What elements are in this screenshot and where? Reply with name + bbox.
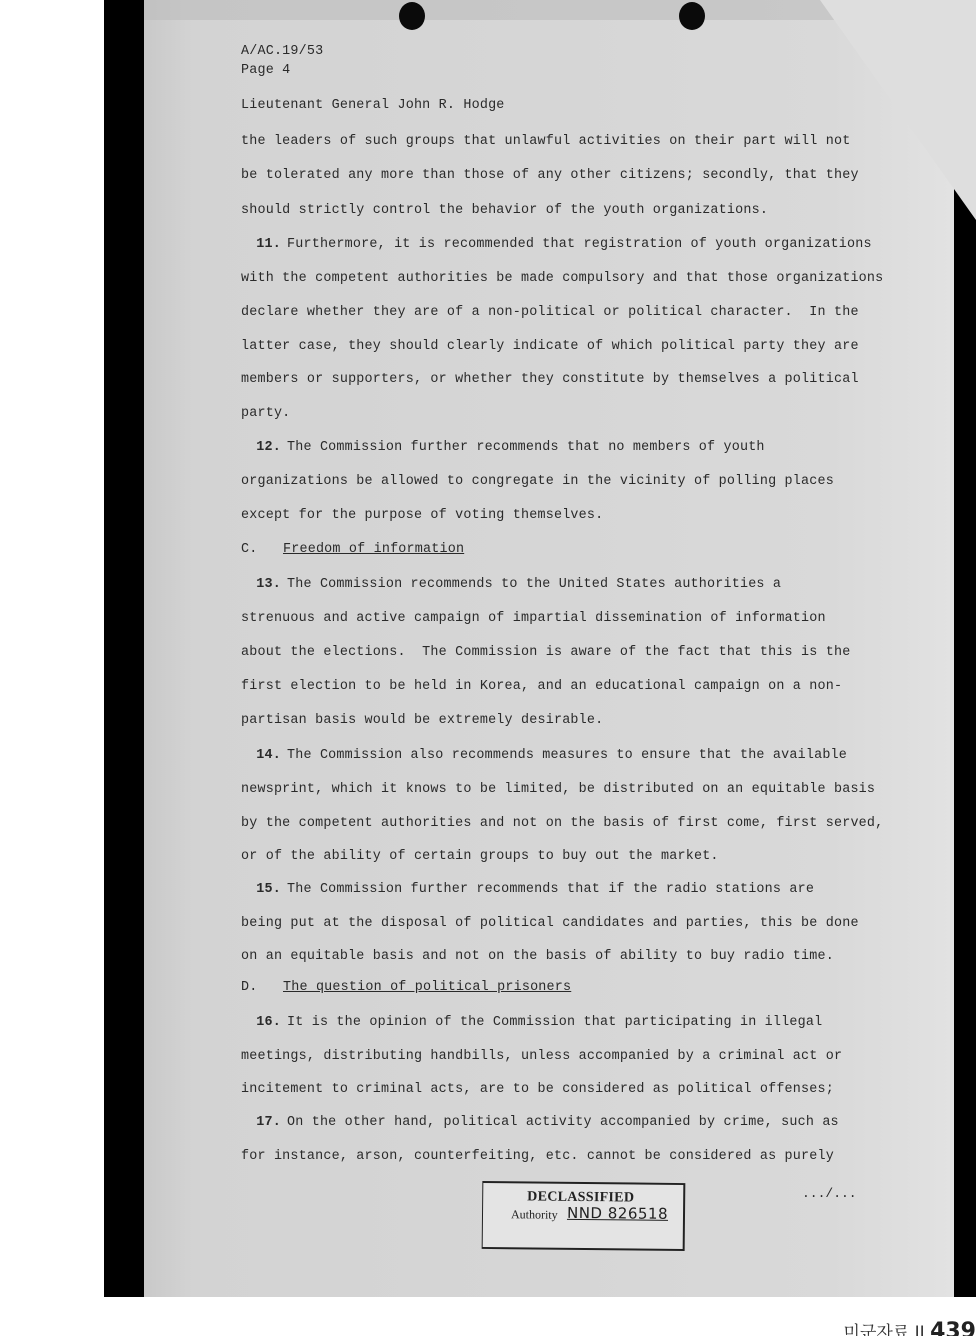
paragraph-first-line: 11.Furthermore, it is recommended that r… xyxy=(241,237,872,252)
line-text: the leaders of such groups that unlawful… xyxy=(241,134,850,149)
text-line: newsprint, which it knows to be limited,… xyxy=(241,782,875,797)
text-line: partisan basis would be extremely desira… xyxy=(241,713,603,728)
continuation-mark: .../... xyxy=(802,1186,857,1201)
paragraph-number: 14. xyxy=(241,748,281,763)
line-text: The Commission also recommends measures … xyxy=(287,748,847,763)
text-line: the leaders of such groups that unlawful… xyxy=(241,134,850,149)
text-line: latter case, they should clearly indicat… xyxy=(241,339,859,354)
line-text: latter case, they should clearly indicat… xyxy=(241,339,859,354)
addressee: Lieutenant General John R. Hodge xyxy=(241,98,505,113)
line-text: strenuous and active campaign of imparti… xyxy=(241,611,826,626)
paragraph-number: 15. xyxy=(241,882,281,897)
section-heading: C.Freedom of information xyxy=(241,542,464,557)
text-line: on an equitable basis and not on the bas… xyxy=(241,949,834,964)
paragraph-first-line: 15.The Commission further recommends tha… xyxy=(241,882,814,897)
line-text: first election to be held in Korea, and … xyxy=(241,679,842,694)
line-text: for instance, arson, counterfeiting, etc… xyxy=(241,1149,834,1164)
text-line: for instance, arson, counterfeiting, etc… xyxy=(241,1149,834,1164)
line-text: with the competent authorities be made c… xyxy=(241,271,883,286)
section-letter: D. xyxy=(241,980,283,995)
text-line: by the competent authorities and not on … xyxy=(241,816,883,831)
paragraph-first-line: 17.On the other hand, political activity… xyxy=(241,1115,839,1130)
declassified-stamp: DECLASSIFIED Authority NND 826518 xyxy=(482,1181,686,1251)
section-title: Freedom of information xyxy=(283,542,464,557)
section-heading: D.The question of political prisoners xyxy=(241,980,571,995)
text-line: with the competent authorities be made c… xyxy=(241,271,883,286)
line-text: except for the purpose of voting themsel… xyxy=(241,508,603,523)
line-text: newsprint, which it knows to be limited,… xyxy=(241,782,875,797)
stamp-authority-label: Authority xyxy=(511,1207,558,1222)
line-text: be tolerated any more than those of any … xyxy=(241,168,859,183)
text-line: organizations be allowed to congregate i… xyxy=(241,474,834,489)
book-page-number: 439 xyxy=(930,1319,976,1336)
section-title: The question of political prisoners xyxy=(283,980,571,995)
text-line: or of the ability of certain groups to b… xyxy=(241,849,719,864)
line-text: The Commission further recommends that n… xyxy=(287,440,765,455)
paragraph-number: 11. xyxy=(241,237,281,252)
paragraph-first-line: 12.The Commission further recommends tha… xyxy=(241,440,765,455)
text-line: declare whether they are of a non-politi… xyxy=(241,305,859,320)
line-text: organizations be allowed to congregate i… xyxy=(241,474,834,489)
paragraph-number: 12. xyxy=(241,440,281,455)
line-text: It is the opinion of the Commission that… xyxy=(287,1015,822,1030)
line-text: by the competent authorities and not on … xyxy=(241,816,883,831)
line-text: on an equitable basis and not on the bas… xyxy=(241,949,834,964)
page-label: Page 4 xyxy=(241,63,290,78)
text-line: first election to be held in Korea, and … xyxy=(241,679,842,694)
punch-hole-icon xyxy=(679,2,705,30)
line-text: or of the ability of certain groups to b… xyxy=(241,849,719,864)
paragraph-first-line: 13.The Commission recommends to the Unit… xyxy=(241,577,781,592)
paragraph-first-line: 14.The Commission also recommends measur… xyxy=(241,748,847,763)
paragraph-number: 13. xyxy=(241,577,281,592)
section-letter: C. xyxy=(241,542,283,557)
text-line: being put at the disposal of political c… xyxy=(241,916,859,931)
line-text: members or supporters, or whether they c… xyxy=(241,372,859,387)
paragraph-first-line: 16.It is the opinion of the Commission t… xyxy=(241,1015,822,1030)
punch-hole-icon xyxy=(399,2,425,30)
line-text: partisan basis would be extremely desira… xyxy=(241,713,603,728)
text-line: party. xyxy=(241,406,290,421)
text-line: be tolerated any more than those of any … xyxy=(241,168,859,183)
book-section-label: 미군자료 II xyxy=(844,1323,925,1336)
line-text: being put at the disposal of political c… xyxy=(241,916,859,931)
document-reference: A/AC.19/53 xyxy=(241,44,323,59)
paragraph-number: 17. xyxy=(241,1115,281,1130)
line-text: party. xyxy=(241,406,290,421)
paragraph-number: 16. xyxy=(241,1015,281,1030)
line-text: meetings, distributing handbills, unless… xyxy=(241,1049,842,1064)
line-text: should strictly control the behavior of … xyxy=(241,203,768,218)
line-text: Furthermore, it is recommended that regi… xyxy=(287,237,872,252)
book-footer: 미군자료 II 439 xyxy=(844,1318,976,1336)
text-line: strenuous and active campaign of imparti… xyxy=(241,611,826,626)
line-text: incitement to criminal acts, are to be c… xyxy=(241,1082,834,1097)
line-text: On the other hand, political activity ac… xyxy=(287,1115,839,1130)
text-line: incitement to criminal acts, are to be c… xyxy=(241,1082,834,1097)
line-text: about the elections. The Commission is a… xyxy=(241,645,850,660)
line-text: The Commission recommends to the United … xyxy=(287,577,781,592)
stamp-authority-value: NND 826518 xyxy=(567,1204,668,1223)
text-line: members or supporters, or whether they c… xyxy=(241,372,859,387)
text-line: except for the purpose of voting themsel… xyxy=(241,508,603,523)
text-line: should strictly control the behavior of … xyxy=(241,203,768,218)
line-text: declare whether they are of a non-politi… xyxy=(241,305,859,320)
text-line: meetings, distributing handbills, unless… xyxy=(241,1049,842,1064)
text-line: about the elections. The Commission is a… xyxy=(241,645,850,660)
line-text: The Commission further recommends that i… xyxy=(287,882,814,897)
